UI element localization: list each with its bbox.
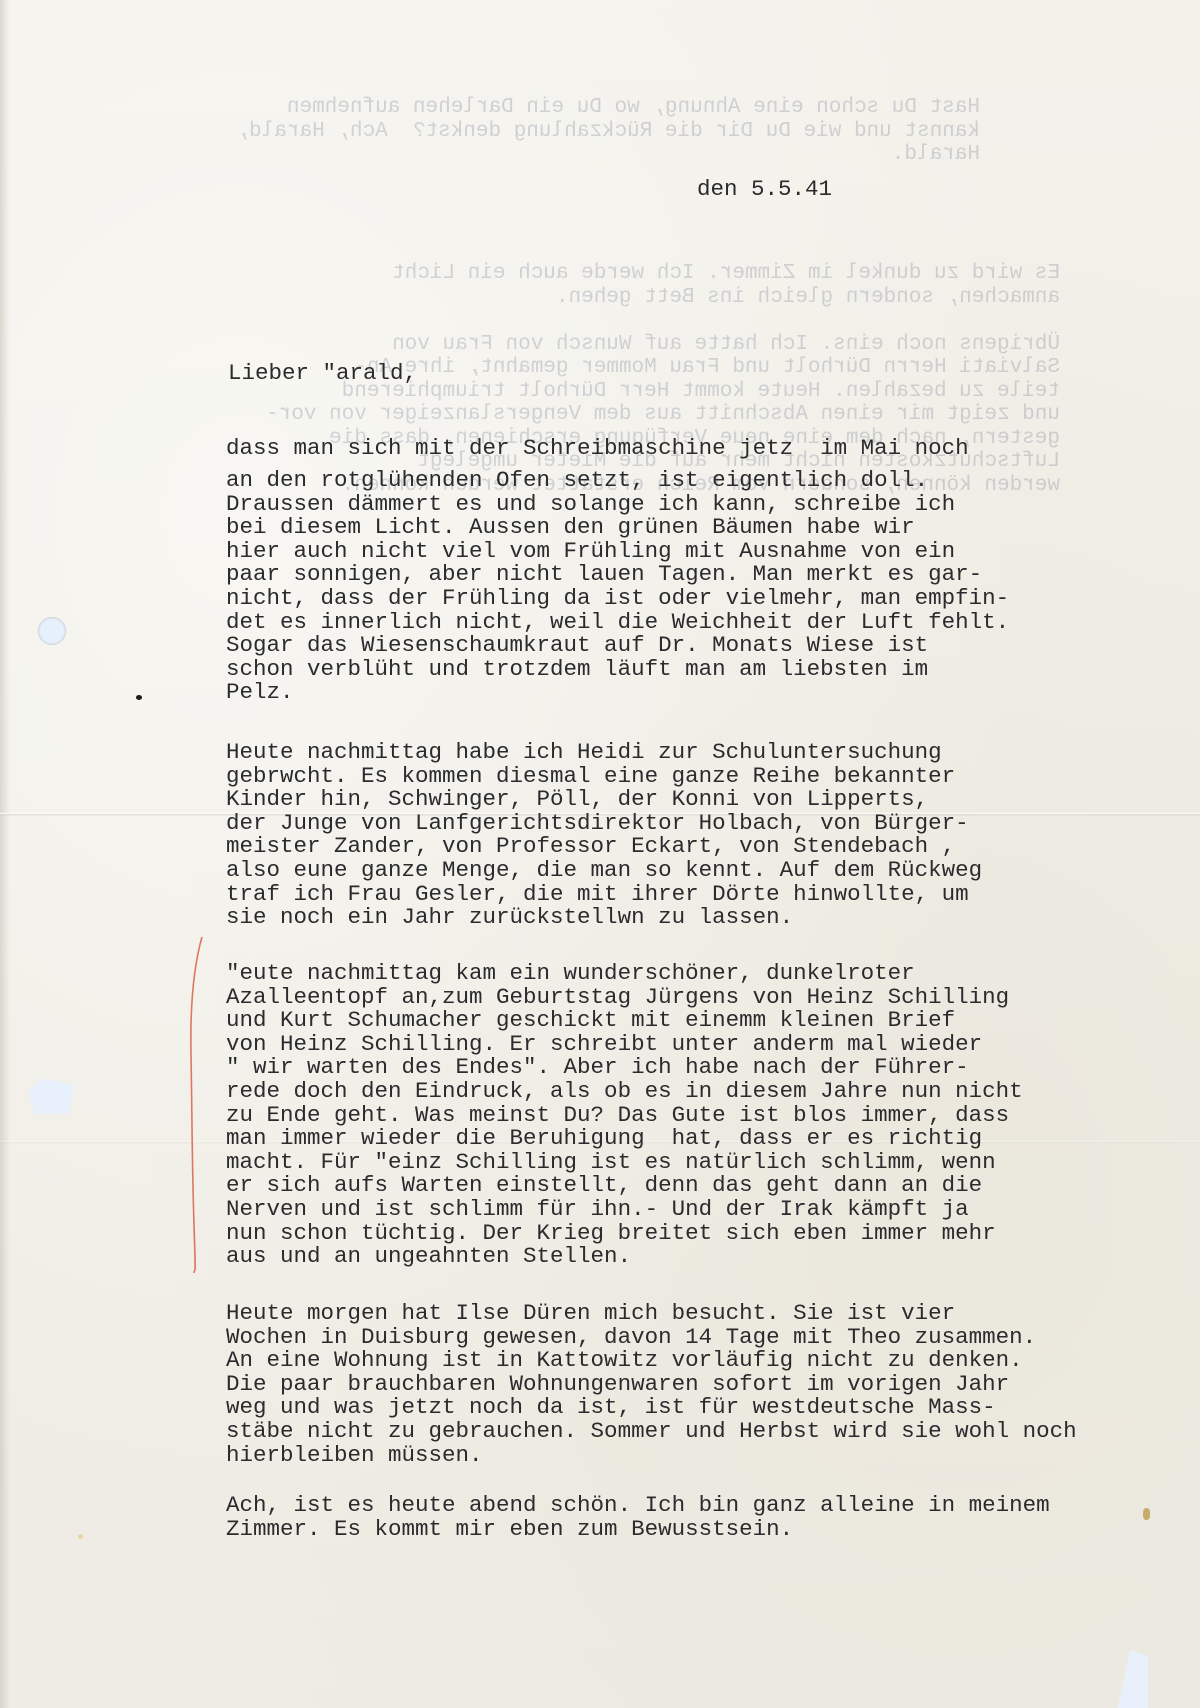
stain-spot bbox=[78, 1534, 83, 1539]
paragraph-4: Heute morgen hat Ilse Düren mich besucht… bbox=[226, 1302, 1077, 1467]
paper-edge-shadow bbox=[0, 0, 10, 1708]
paragraph-3: "eute nachmittag kam ein wunderschöner, … bbox=[226, 962, 1023, 1269]
red-pencil-margin-mark bbox=[186, 935, 206, 1275]
paragraph-5: Ach, ist es heute abend schön. Ich bin g… bbox=[226, 1494, 1050, 1541]
stain-spot bbox=[1143, 1508, 1150, 1520]
paragraph-1-first-line: dass man sich mit der Schreibmaschine je… bbox=[226, 437, 969, 461]
ink-spot bbox=[136, 695, 142, 700]
punch-hole bbox=[38, 617, 66, 645]
paragraph-1: an den rotglühenden Ofen setzt, ist eige… bbox=[226, 469, 1009, 705]
paragraph-2: Heute nachmittag habe ich Heidi zur Schu… bbox=[226, 741, 982, 930]
torn-punch-hole bbox=[28, 1078, 74, 1114]
torn-corner bbox=[1118, 1650, 1148, 1708]
bleed-through-block-1: Hast Du schon eine Ahnung, wo Du ein Dar… bbox=[140, 96, 980, 167]
salutation: Lieber "arald, bbox=[228, 360, 417, 386]
letter-date: den 5.5.41 bbox=[697, 176, 832, 202]
letter-page: Hast Du schon eine Ahnung, wo Du ein Dar… bbox=[0, 0, 1200, 1708]
